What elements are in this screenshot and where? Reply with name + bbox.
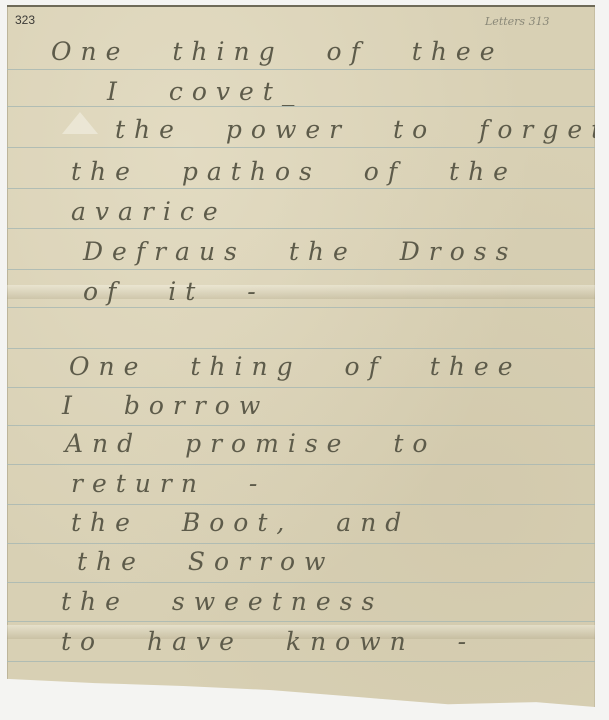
- ruled-line: [7, 307, 595, 308]
- ruled-line: [7, 582, 595, 583]
- ruled-line: [7, 543, 595, 544]
- manuscript-line: One thing of thee: [51, 37, 504, 66]
- crease-mark: [62, 112, 98, 134]
- catalog-number: 323: [15, 13, 35, 27]
- ruled-line: [7, 269, 595, 270]
- manuscript-line: the pathos of the: [71, 157, 517, 186]
- manuscript-line: avarice: [71, 197, 227, 226]
- manuscript-line: And promise to: [65, 429, 436, 458]
- manuscript-page: 323 Letters 313 One thing of thee I cove…: [7, 5, 595, 707]
- manuscript-line: of it -: [83, 277, 265, 306]
- ruled-line: [7, 228, 595, 229]
- ruled-line: [7, 661, 595, 662]
- ruled-line: [7, 147, 595, 148]
- ruled-line: [7, 69, 595, 70]
- ruled-line: [7, 504, 595, 505]
- manuscript-line: the power to forget.: [115, 115, 609, 144]
- manuscript-line: Defraus the Dross: [83, 237, 517, 266]
- manuscript-line: return -: [71, 469, 266, 498]
- archival-note: Letters 313: [485, 15, 550, 28]
- manuscript-line: I borrow: [62, 391, 269, 420]
- ruled-line: [7, 425, 595, 426]
- manuscript-line: One thing of thee: [69, 352, 522, 381]
- ruled-line: [7, 188, 595, 189]
- manuscript-line: the sweetness: [61, 587, 383, 616]
- ruled-line: [7, 464, 595, 465]
- manuscript-line: to have known -: [61, 627, 475, 656]
- manuscript-line: I covet_: [107, 77, 303, 106]
- ruled-line: [7, 106, 595, 107]
- manuscript-line: the Boot, and: [71, 508, 410, 537]
- ruled-line: [7, 348, 595, 349]
- ruled-line: [7, 387, 595, 388]
- ruled-line: [7, 621, 595, 622]
- manuscript-line: the Sorrow: [77, 547, 334, 576]
